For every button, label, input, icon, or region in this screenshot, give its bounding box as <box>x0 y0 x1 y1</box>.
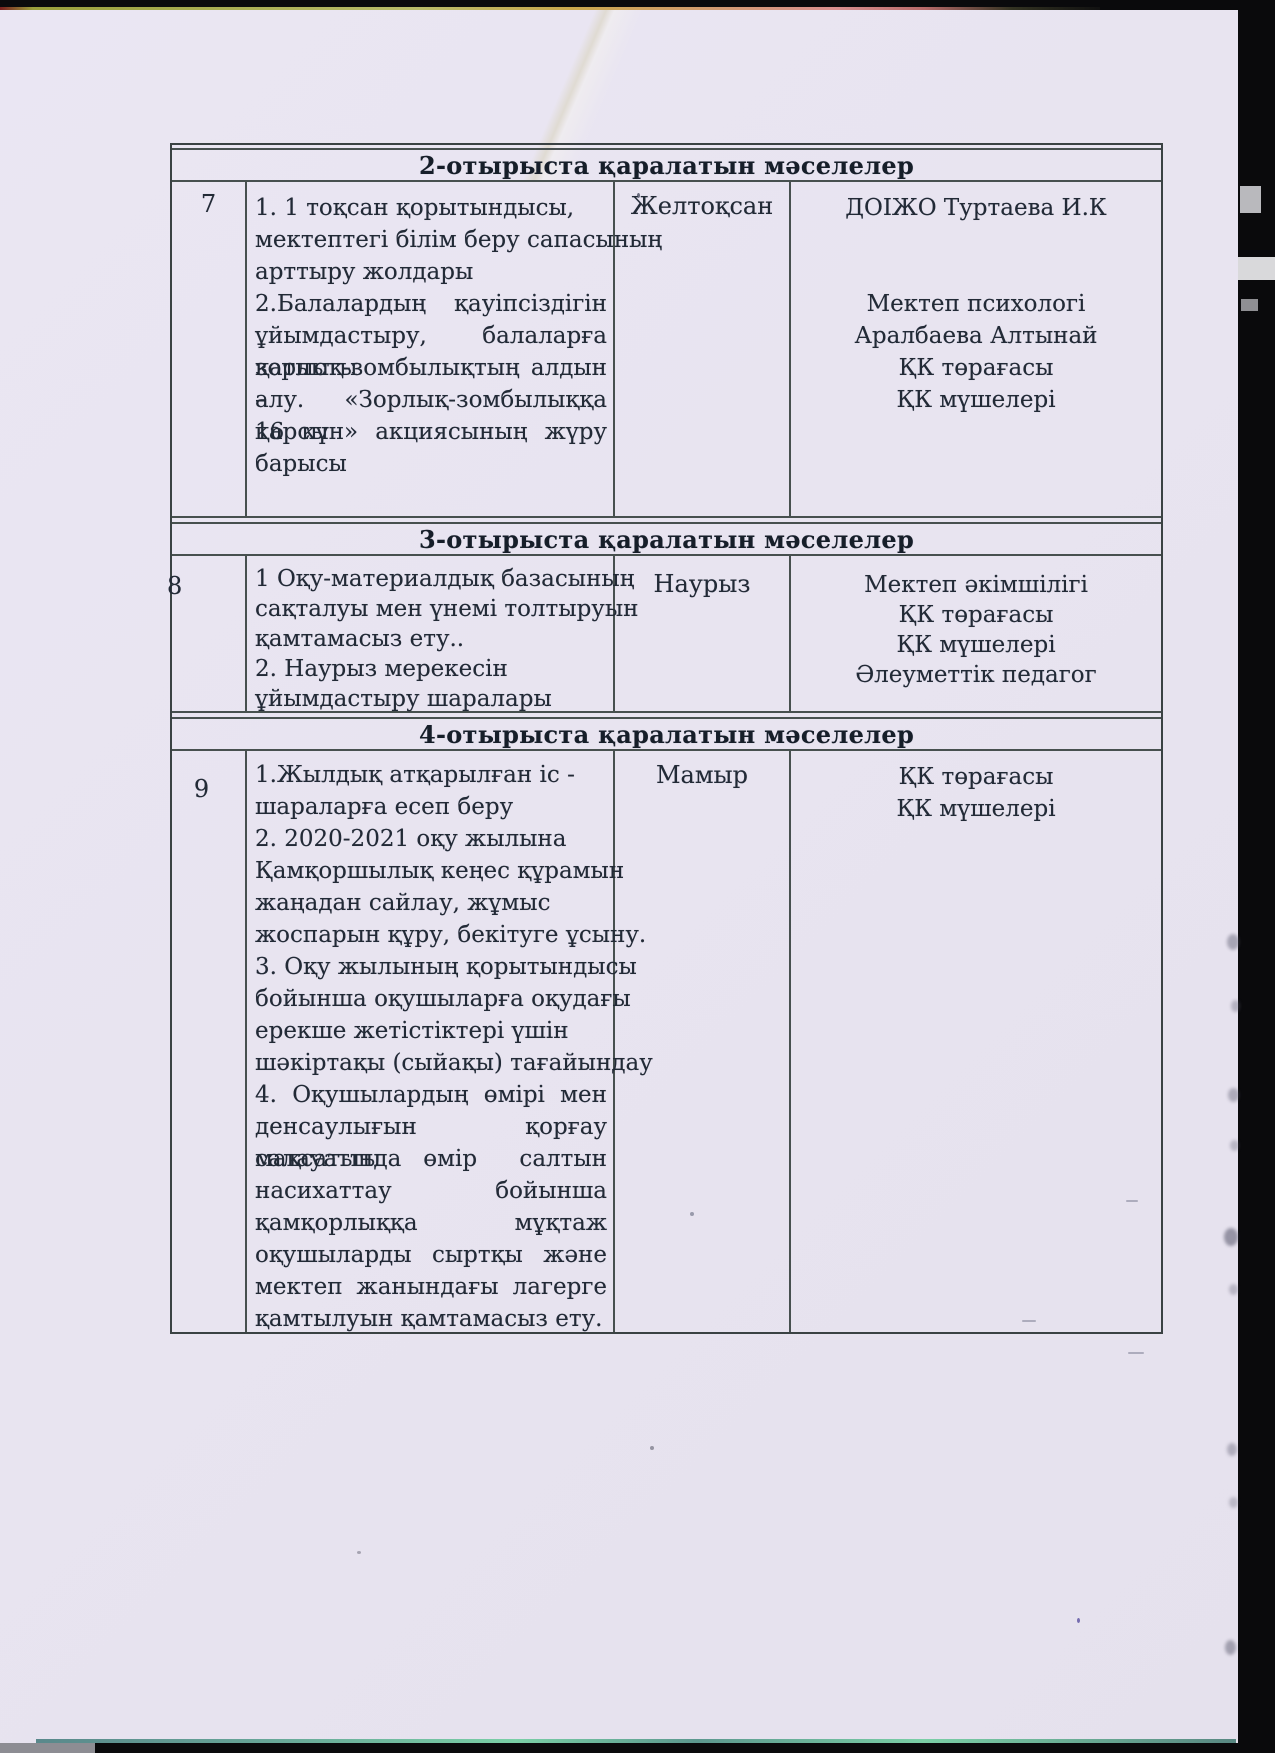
text-line: 2.Балалардың қауіпсіздігін <box>255 288 607 320</box>
meeting-plan-table: 2-отырыста қаралатын мәселелер 7 1. 1 то… <box>170 143 1163 1334</box>
text-line: ҚК мүшелері <box>791 384 1161 416</box>
text-line: шараларға есеп беру <box>255 791 607 823</box>
scan-smudge <box>1228 1088 1239 1102</box>
scan-corner-patch <box>0 1743 95 1753</box>
row-9-number: 9 <box>172 751 247 1332</box>
row-8-agenda: 1 Оқу-материалдық базасыныңсақталуы мен … <box>247 556 615 711</box>
text-line: қамқорлыққа мұқтаж <box>255 1207 607 1239</box>
scan-bottom-fringe <box>36 1739 1236 1743</box>
row-9-responsible: ҚК төрағасыҚК мүшелері <box>791 751 1161 1332</box>
text-line: денсаулығын қорғау мақсатында <box>255 1111 607 1143</box>
section-4-header: 4-отырыста қаралатын мәселелер <box>172 717 1161 751</box>
row-8-number: 8 <box>172 556 247 711</box>
text-line: зорлық-зомбылықтың алдын – <box>255 352 607 384</box>
text-line: Мектеп әкімшілігі <box>791 570 1161 600</box>
row-7-responsible: ДОІЖО Туртаева И.КМектеп психологіАралба… <box>791 182 1161 516</box>
text-line: қамтамасыз ету.. <box>255 624 607 654</box>
scan-smudge <box>1224 1228 1238 1246</box>
text-line: Қамқоршылық кеңес құрамын <box>255 855 607 887</box>
scan-edge-patch <box>1240 186 1261 213</box>
row-8-month: Наурыз <box>615 556 791 711</box>
text-line: ҚК төрағасы <box>791 600 1161 630</box>
section-2-header: 2-отырыста қаралатын мәселелер <box>172 148 1161 182</box>
text-line: ҚК төрағасы <box>791 352 1161 384</box>
text-line <box>791 256 1161 288</box>
row-9-agenda: 1.Жылдық атқарылған іс -шараларға есеп б… <box>247 751 615 1332</box>
text-line: шәкіртақы (сыйақы) тағайындау <box>255 1047 607 1079</box>
scan-smudge <box>1227 1443 1237 1456</box>
text-line <box>791 224 1161 256</box>
text-line: 1 Оқу-материалдық базасының <box>255 564 607 594</box>
text-line: Әлеуметтік педагог <box>791 660 1161 690</box>
text-line: насихаттау бойынша <box>255 1175 607 1207</box>
scan-edge-patch <box>1241 299 1258 311</box>
text-line: арттыру жолдары <box>255 256 607 288</box>
text-line: 2. Наурыз мерекесін <box>255 654 607 684</box>
text-line: барысы <box>255 448 607 480</box>
text-line: 1.Жылдық атқарылған іс - <box>255 759 607 791</box>
text-line: оқушыларды сыртқы және <box>255 1239 607 1271</box>
scan-smudge <box>1229 1497 1238 1508</box>
section-3-header: 3-отырыста қаралатын мәселелер <box>172 522 1161 556</box>
ink-speck <box>650 1446 654 1450</box>
text-line: 16 күн» акциясының жүру <box>255 416 607 448</box>
text-line: Аралбаева Алтынай <box>791 320 1161 352</box>
scan-smudge <box>1231 1000 1240 1012</box>
text-line: жаңадан сайлау, жұмыс <box>255 887 607 919</box>
text-line: 4. Оқушылардың өмірі мен <box>255 1079 607 1111</box>
text-line: бойынша оқушыларға оқудағы <box>255 983 607 1015</box>
table-row-9: 9 1.Жылдық атқарылған іс -шараларға есеп… <box>172 751 1161 1332</box>
row-8-responsible: Мектеп әкімшілігіҚК төрағасыҚК мүшелеріӘ… <box>791 556 1161 711</box>
scan-smudge <box>1225 1640 1236 1655</box>
scan-top-fringe <box>0 7 1100 10</box>
text-line: 1. 1 тоқсан қорытындысы, <box>255 192 607 224</box>
text-line: ұйымдастыру, балаларға қатысты <box>255 320 607 352</box>
scan-smudge <box>1227 934 1239 950</box>
text-line: 2. 2020-2021 оқу жылына <box>255 823 607 855</box>
text-line: ұйымдастыру шаралары <box>255 684 607 714</box>
table-row-8: 8 1 Оқу-материалдық базасыныңсақталуы ме… <box>172 556 1161 713</box>
row-7-month: Желтоқсан <box>615 182 791 516</box>
text-line: Мектеп психологі <box>791 288 1161 320</box>
scanned-document-screenshot: { "document": { "kind": "scanned school … <box>0 0 1275 1753</box>
text-line: ҚК мүшелері <box>791 630 1161 660</box>
text-line: ерекше жетістіктері үшін <box>255 1015 607 1047</box>
text-line: жоспарын құру, бекітуге ұсыну. <box>255 919 607 951</box>
table-row-7: 7 1. 1 тоқсан қорытындысы,мектептегі біл… <box>172 182 1161 518</box>
row-9-month: Мамыр <box>615 751 791 1332</box>
scan-smudge <box>1229 1284 1238 1295</box>
ink-speck <box>357 1551 361 1554</box>
text-line: ДОІЖО Туртаева И.К <box>791 192 1161 224</box>
text-line: қамтылуын қамтамасыз ету. <box>255 1303 607 1335</box>
text-line: сақталуы мен үнемі толтыруын <box>255 594 607 624</box>
text-line: мектеп жанындағы лагерге <box>255 1271 607 1303</box>
scan-scratch <box>1128 1352 1144 1354</box>
row-7-number: 7 <box>172 182 247 516</box>
text-line: алу. «Зорлық-зомбылыққа қарсы <box>255 384 607 416</box>
text-line: салауатты өмір салтын <box>255 1143 607 1175</box>
scan-edge-patch <box>1238 257 1275 280</box>
row-7-agenda: 1. 1 тоқсан қорытындысы,мектептегі білім… <box>247 182 615 516</box>
text-line: ҚК төрағасы <box>791 761 1161 793</box>
text-line: мектептегі білім беру сапасының <box>255 224 607 256</box>
text-line: ҚК мүшелері <box>791 793 1161 825</box>
scan-smudge <box>1230 1140 1239 1151</box>
ink-speck <box>1077 1618 1080 1623</box>
text-line: 3. Оқу жылының қорытындысы <box>255 951 607 983</box>
